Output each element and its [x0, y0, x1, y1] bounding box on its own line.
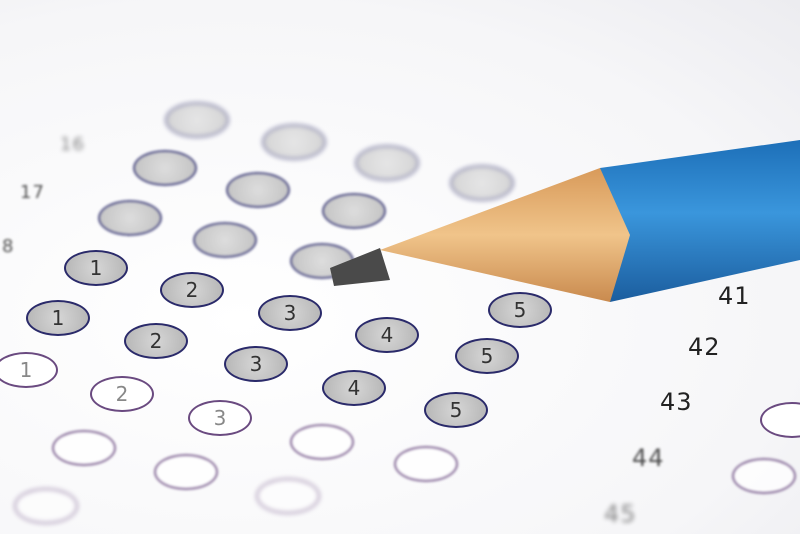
pencil-icon	[330, 140, 800, 310]
bubble	[98, 200, 162, 236]
question-number: 44	[632, 444, 665, 472]
bubble-filled: 1	[64, 250, 128, 286]
bubble-empty	[760, 402, 800, 438]
answer-sheet-photo: 1 2 3 5 1 2 3 4 5 4 5 1 2 3 16 17 8 41 4…	[0, 0, 800, 534]
bubble-filled: 4	[355, 317, 419, 353]
question-number: 17	[20, 182, 45, 203]
bubble-filled: 3	[224, 346, 288, 382]
bubble-filled: 5	[455, 338, 519, 374]
question-number: 16	[60, 134, 85, 155]
question-number: 43	[660, 388, 693, 416]
bubble-empty: 1	[0, 352, 58, 388]
question-number: 45	[604, 500, 637, 528]
bubble-empty: 2	[90, 376, 154, 412]
bubble	[193, 222, 257, 258]
bubble-empty	[14, 488, 78, 524]
question-number: 42	[688, 333, 721, 361]
bubble-empty	[290, 424, 354, 460]
bubble-filled: 2	[160, 272, 224, 308]
bubble-empty	[52, 430, 116, 466]
bubble-filled: 5	[424, 392, 488, 428]
bubble	[165, 102, 229, 138]
bubble-filled: 4	[322, 370, 386, 406]
bubble-empty	[732, 458, 796, 494]
bubble-filled: 3	[258, 295, 322, 331]
bubble-filled: 2	[124, 323, 188, 359]
bubble-empty	[256, 478, 320, 514]
bubble	[226, 172, 290, 208]
question-number: 8	[2, 236, 14, 257]
bubble	[262, 124, 326, 160]
bubble-filled: 1	[26, 300, 90, 336]
bubble-empty: 3	[188, 400, 252, 436]
bubble-empty	[154, 454, 218, 490]
bubble-empty	[394, 446, 458, 482]
bubble	[133, 150, 197, 186]
